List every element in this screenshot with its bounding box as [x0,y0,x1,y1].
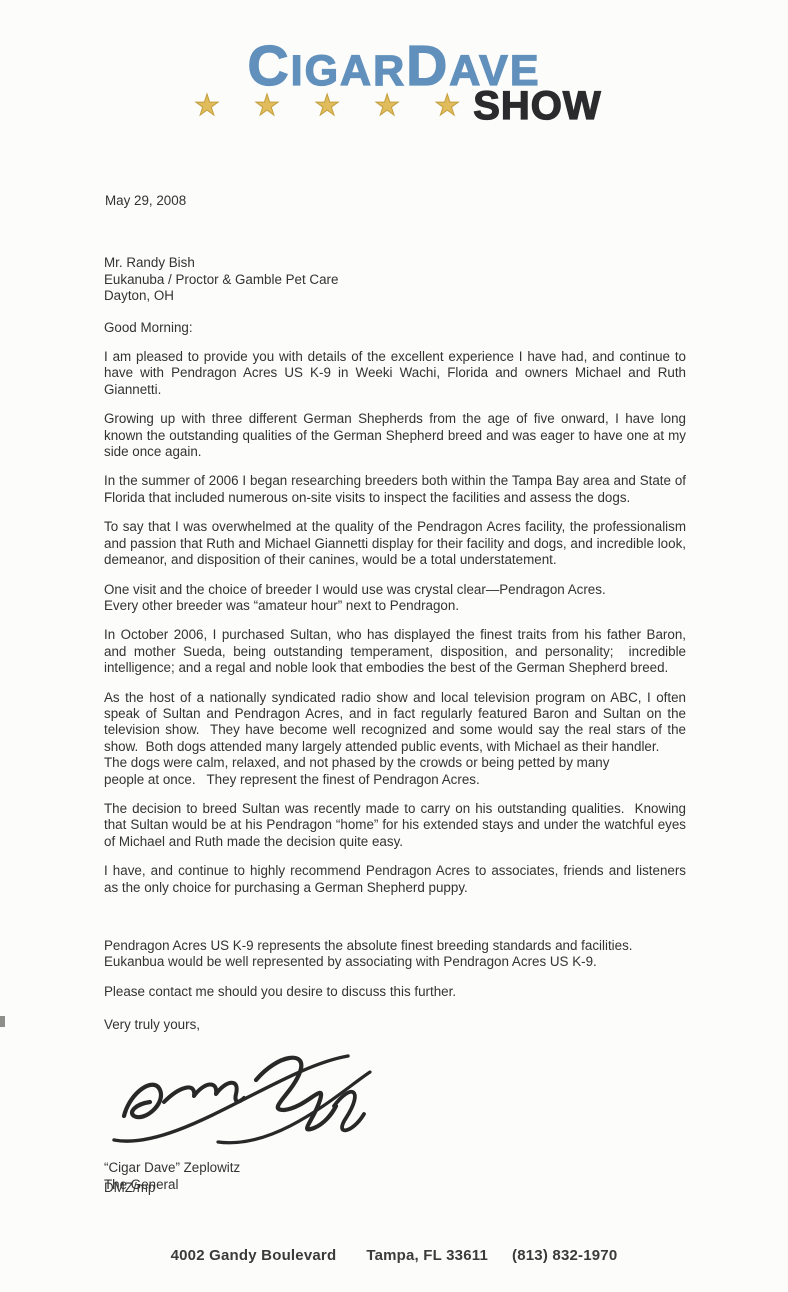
footer-street-address: 4002 Gandy Boulevard [171,1247,337,1264]
letter-paragraph: I have, and continue to highly recommend… [104,863,686,896]
letter-paragraph: One visit and the choice of breeder I wo… [104,582,686,615]
letter-paragraph: I am pleased to provide you with details… [104,349,686,398]
salutation: Good Morning: [104,320,686,336]
recipient-address-block: Mr. Randy Bish Eukanuba / Proctor & Gamb… [104,255,686,304]
signature-icon [108,1042,408,1146]
letterhead-footer: 4002 Gandy Boulevard Tampa, FL 33611 (81… [0,1247,788,1264]
letter-paragraph: In the summer of 2006 I began researchin… [104,473,686,506]
reference-initials: DMZ/mp [104,1180,155,1195]
letter-paragraph: Please contact me should you desire to d… [104,984,686,1000]
letter-paragraph: The decision to breed Sultan was recentl… [104,801,686,850]
scanned-letter-page: CIGARDAVE ★ ★ ★ ★ ★ SHOW May 29, 2008 Mr… [0,0,788,1292]
logo-show-text: SHOW [473,86,601,126]
cigar-dave-show-logo: CIGARDAVE ★ ★ ★ ★ ★ SHOW [192,38,596,126]
letter-date: May 29, 2008 [105,193,686,209]
five-stars-icon: ★ ★ ★ ★ ★ [194,92,473,121]
letter-paragraph: In October 2006, I purchased Sultan, who… [104,627,686,676]
logo-letter-d: D [406,34,449,98]
closing-phrase: Very truly yours, [104,1017,686,1033]
letter-paragraph: As the host of a nationally syndicated r… [104,690,686,788]
letter-paragraph: Growing up with three different German S… [104,411,686,460]
handwritten-signature [104,1042,686,1146]
signer-name: “Cigar Dave” Zeplowitz [104,1160,686,1176]
signer-title: The General [104,1177,686,1193]
letter-paragraph: To say that I was overwhelmed at the qua… [104,519,686,568]
footer-phone-number: (813) 832-1970 [512,1247,617,1264]
scan-artifact [0,1016,5,1027]
logo-subtitle-row: ★ ★ ★ ★ ★ SHOW [192,86,596,126]
letter-content: May 29, 2008 Mr. Randy Bish Eukanuba / P… [104,193,686,1193]
footer-city-state-zip: Tampa, FL 33611 [366,1247,488,1264]
logo-letter-c: C [247,34,290,98]
letter-body: I am pleased to provide you with details… [104,349,686,1000]
letter-paragraph: Pendragon Acres US K-9 represents the ab… [104,938,686,971]
logo-word-igar: IGAR [291,47,407,95]
